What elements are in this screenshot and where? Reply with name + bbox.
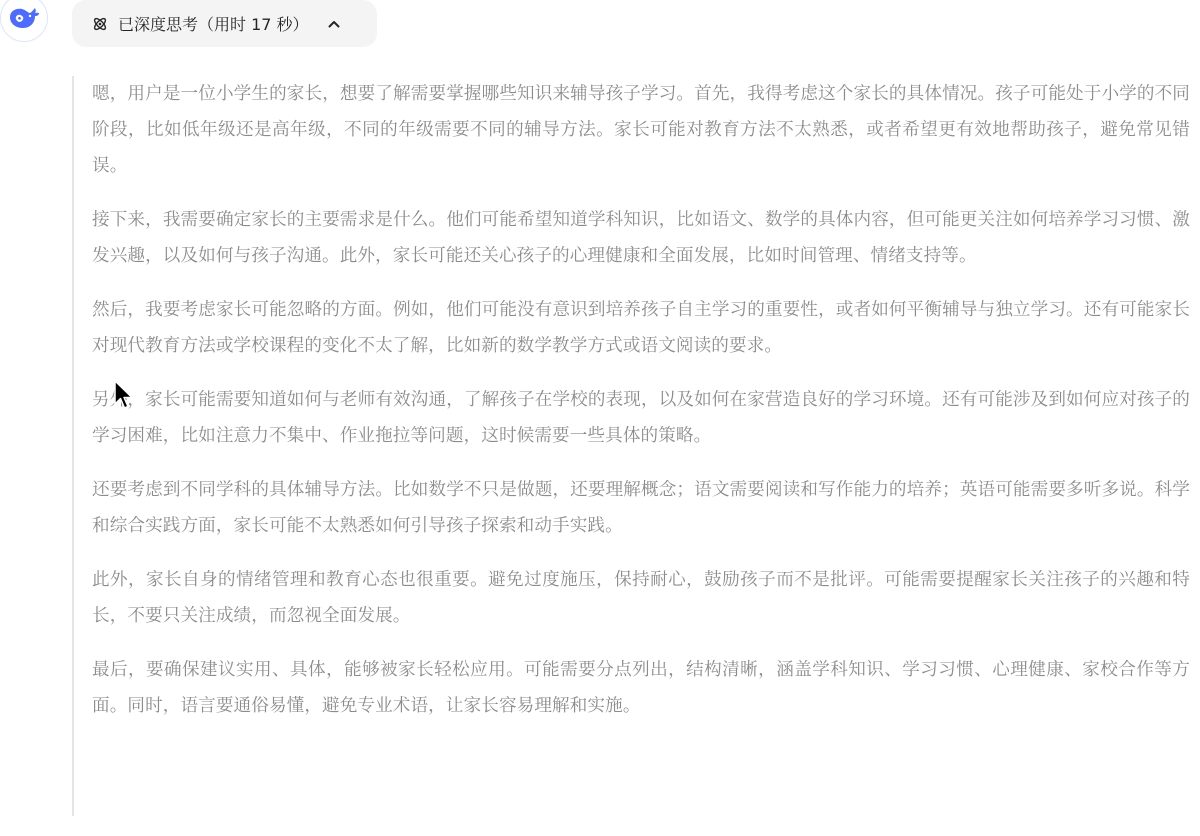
chevron-up-icon[interactable] — [327, 17, 341, 31]
deepseek-whale-logo-icon — [8, 5, 40, 31]
thought-paragraph: 嗯，用户是一位小学生的家长，想要了解需要掌握哪些知识来辅导孩子学习。首先，我得考… — [92, 76, 1190, 184]
assistant-avatar — [0, 0, 48, 42]
atom-icon — [92, 16, 108, 32]
thought-paragraph: 最后，要确保建议实用、具体，能够被家长轻松应用。可能需要分点列出，结构清晰，涵盖… — [92, 652, 1190, 724]
thinking-content: 嗯，用户是一位小学生的家长，想要了解需要掌握哪些知识来辅导孩子学习。首先，我得考… — [72, 76, 1190, 816]
thought-paragraph: 然后，我要考虑家长可能忽略的方面。例如，他们可能没有意识到培养孩子自主学习的重要… — [92, 292, 1190, 364]
deep-thinking-toggle[interactable]: 已深度思考（用时 17 秒） — [72, 0, 377, 47]
thinking-duration-label: 已深度思考（用时 17 秒） — [118, 12, 309, 35]
thought-paragraph: 还要考虑到不同学科的具体辅导方法。比如数学不只是做题，还要理解概念；语文需要阅读… — [92, 472, 1190, 544]
thought-paragraph: 此外，家长自身的情绪管理和教育心态也很重要。避免过度施压，保持耐心，鼓励孩子而不… — [92, 562, 1190, 634]
thought-paragraph: 另外，家长可能需要知道如何与老师有效沟通，了解孩子在学校的表现，以及如何在家营造… — [92, 382, 1190, 454]
thought-paragraph: 接下来，我需要确定家长的主要需求是什么。他们可能希望知道学科知识，比如语文、数学… — [92, 202, 1190, 274]
